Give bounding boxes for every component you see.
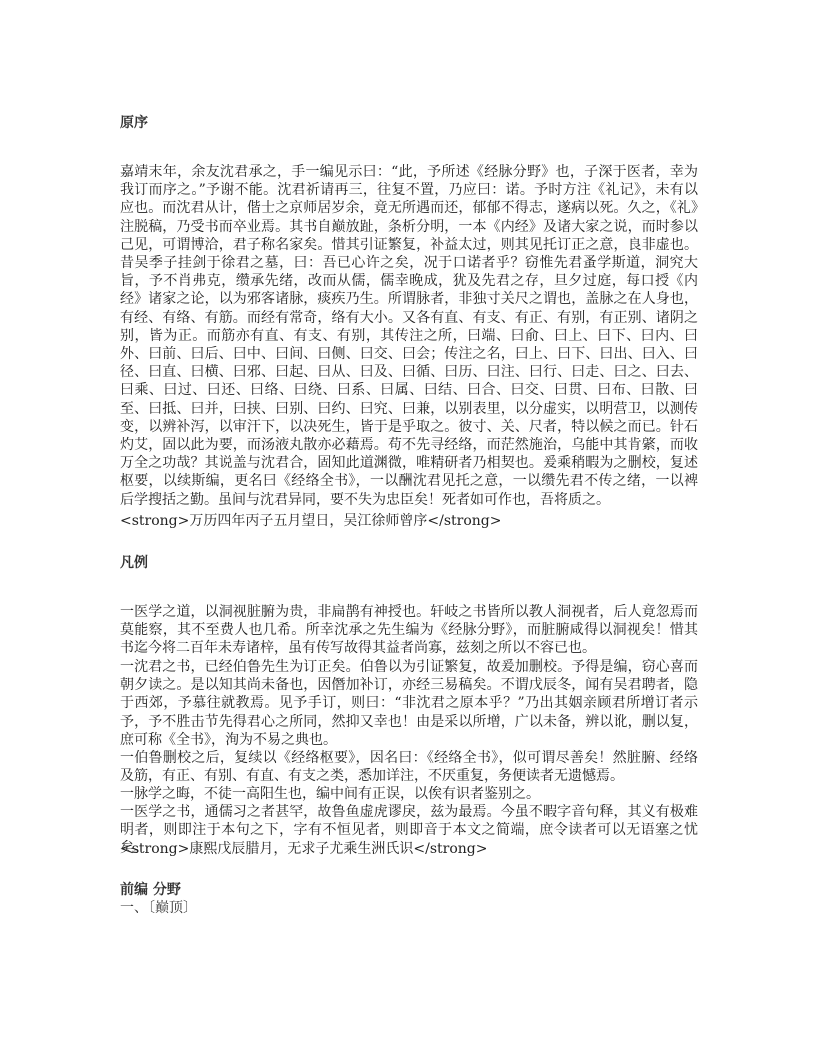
front-part-title: 前编 分野 (120, 881, 181, 899)
preface-title: 原序 (120, 114, 148, 132)
conventions-item: 一脉学之晦，不徒一高阳生也，编中间有正误，以俟有识者鉴别之。 (120, 785, 698, 803)
preface-body: 嘉靖末年，余友沈君承之，手一编见示曰：“此，予所述《经脉分野》也，子深于医者，幸… (120, 163, 698, 509)
front-part-subtitle: 一、〔巅顶〕 (120, 899, 197, 917)
conventions-item: 一沈君之书，已经伯鲁先生为订正矣。伯鲁以为引证繁复，故爰加删校。予得是编，窃心喜… (120, 658, 698, 749)
conventions-item: 一伯鲁删校之后，复续以《经络枢要》，因名曰：《经络全书》，似可谓尽善矣！然脏腑、… (120, 749, 698, 785)
conventions-signature: <strong>康熙戊辰腊月，无求子尤乘生洲氏识</strong> (120, 840, 698, 858)
conventions-title: 凡例 (120, 554, 148, 572)
conventions-item: 一医学之道，以洞视脏腑为贵，非扁鹊有神授也。轩岐之书皆所以教人洞视者，后人竟忽焉… (120, 603, 698, 658)
preface-signature: <strong>万历四年丙子五月望日，吴江徐师曾序</strong> (120, 512, 698, 530)
